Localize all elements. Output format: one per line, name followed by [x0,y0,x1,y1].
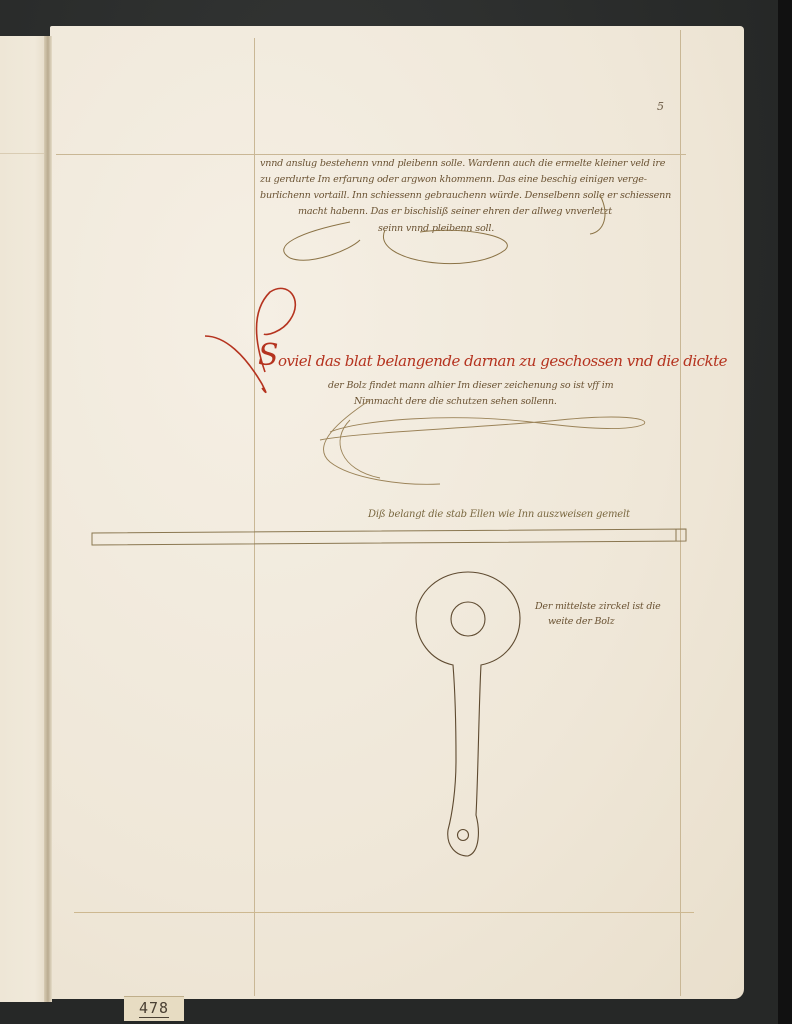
flourish-decoration [284,195,605,264]
shelf-number: 478 [139,999,169,1018]
red-flourish [205,288,295,392]
flourish-decoration [320,400,645,484]
bolt-gauge-drawing [416,572,520,856]
staff-bar-drawing [92,529,686,545]
shelf-label: 478 [124,996,184,1021]
drawings [0,0,792,1024]
